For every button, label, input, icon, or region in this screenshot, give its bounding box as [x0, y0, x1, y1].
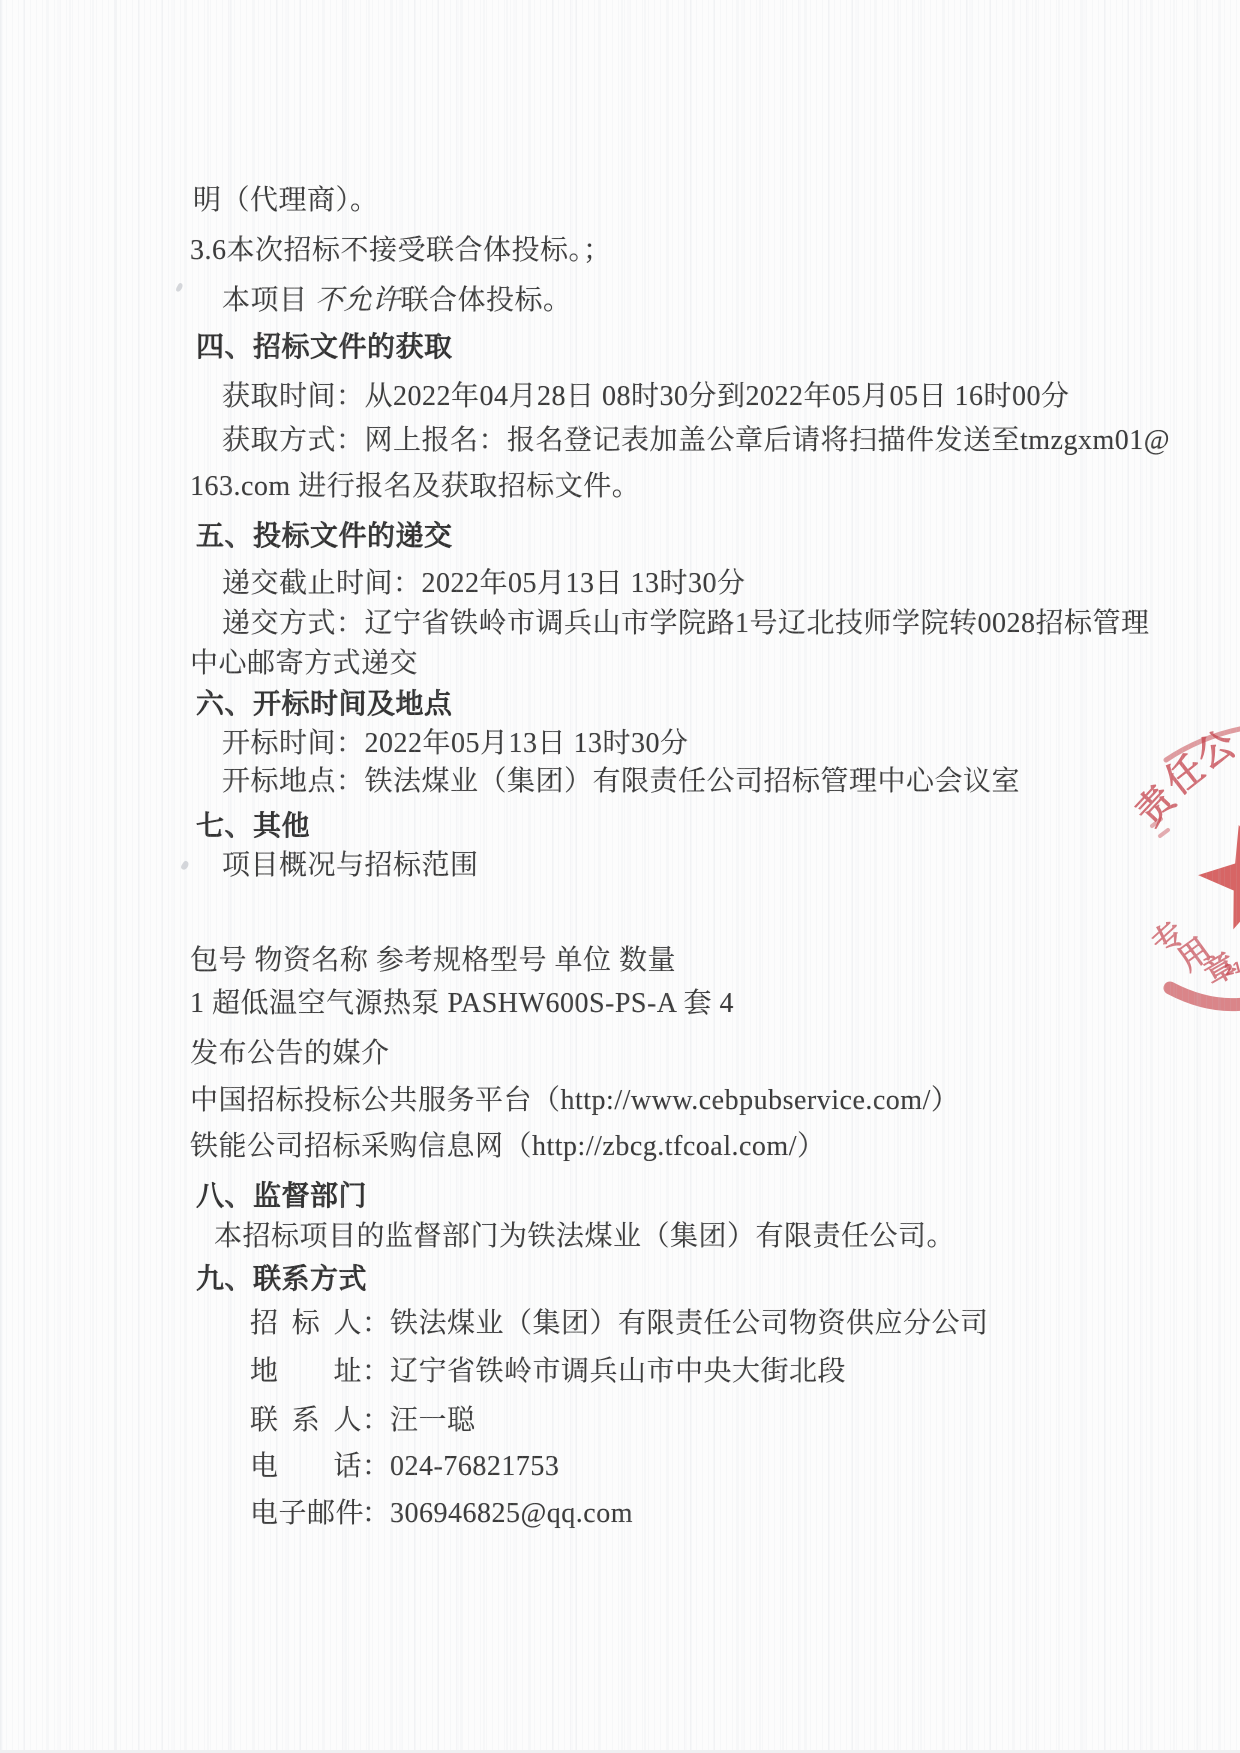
goods-table-row: 1 超低温空气源热泵 PASHW600S-PS-A 套 4	[190, 987, 734, 1021]
supervision-body-line: 本招标项目的监督部门为铁法煤业（集团）有限责任公司。	[214, 1220, 955, 1254]
contact-row-address: 地址：辽宁省铁岭市调兵山市中央大街北段	[250, 1355, 846, 1389]
contact-colon: ：	[362, 1404, 390, 1438]
scanner-stripe-texture	[0, 0, 1240, 1753]
contact-label: 联系人	[250, 1404, 362, 1438]
obtain-method-continuation: 163.com 进行报名及获取招标文件。	[190, 470, 640, 504]
contact-label: 地址	[250, 1355, 362, 1389]
stamp-star-icon	[1188, 811, 1240, 934]
project-rule-emphasis: 不允许	[315, 285, 401, 316]
intro-line-agent: 明（代理商）。	[193, 184, 379, 218]
contact-colon: ：	[362, 1497, 390, 1531]
contact-label: 电子邮件	[250, 1497, 362, 1531]
project-overview-line: 项目概况与招标范围	[222, 849, 479, 883]
media-company-site-line: 铁能公司招标采购信息网（http://zbcg.tfcoal.com/）	[190, 1130, 825, 1164]
contact-value: 辽宁省铁岭市调兵山市中央大街北段	[390, 1356, 846, 1387]
contact-row-tenderer: 招标人：铁法煤业（集团）有限责任公司物资供应分公司	[250, 1307, 989, 1341]
submit-method-continuation: 中心邮寄方式递交	[190, 647, 418, 681]
scan-speck	[175, 282, 184, 292]
section-heading-8: 八、监督部门	[196, 1179, 367, 1213]
opening-time-line: 开标时间：2022年05月13日 13时30分	[222, 727, 689, 761]
goods-table-header: 包号 物资名称 参考规格型号 单位 数量	[190, 944, 676, 978]
contact-label: 招标人	[250, 1307, 362, 1341]
submit-method-line: 递交方式：辽宁省铁岭市调兵山市学院路1号辽北技师学院转0028招标管理	[222, 607, 1150, 641]
section-heading-6: 六、开标时间及地点	[196, 687, 453, 721]
stamp-bottom-smear	[1170, 988, 1240, 1005]
contact-colon: ：	[362, 1450, 390, 1484]
contact-row-phone: 电话：024-76821753	[250, 1450, 559, 1484]
stamp-bottom-char: 章	[1198, 946, 1240, 992]
stamp-arc-char: 任	[1158, 747, 1212, 802]
section-heading-7: 七、其他	[196, 809, 310, 843]
contact-colon: ：	[362, 1355, 390, 1389]
contact-value: 024-76821753	[390, 1451, 559, 1482]
section-heading-5: 五、投标文件的递交	[196, 519, 453, 553]
intro-line-no-consortium: 3.6本次招标不接受联合体投标。；	[190, 234, 612, 268]
scan-speck	[180, 860, 190, 871]
intro-line-project-rule: 本项目 不允许联合体投标。	[222, 284, 572, 318]
opening-place-line: 开标地点：铁法煤业（集团）有限责任公司招标管理中心会议室	[222, 765, 1020, 799]
contact-value: 汪一聪	[390, 1405, 476, 1436]
stamp-faded-strokes	[1152, 819, 1168, 836]
stamp-bottom-char: 用	[1172, 931, 1218, 978]
obtain-method-line: 获取方式：网上报名：报名登记表加盖公章后请将扫描件发送至tmzgxm01@	[222, 424, 1170, 458]
section-heading-4: 四、招标文件的获取	[196, 330, 453, 364]
contact-colon: ：	[362, 1307, 390, 1341]
media-title-line: 发布公告的媒介	[190, 1037, 390, 1071]
contact-row-email: 电子邮件：306946825@qq.com	[250, 1497, 633, 1531]
contact-value: 306946825@qq.com	[390, 1498, 633, 1529]
stamp-arc-char: 责	[1128, 777, 1185, 833]
stamp-arc-char: 公	[1190, 723, 1240, 777]
project-rule-suffix: 联合体投标。	[401, 285, 572, 316]
media-platform-line: 中国招标投标公共服务平台（http://www.cebpubservice.co…	[190, 1084, 959, 1118]
obtain-time-line: 获取时间：从2022年04月28日 08时30分到2022年05月05日 16时…	[222, 380, 1070, 414]
stamp-number: 21	[1223, 959, 1240, 980]
contact-label: 电话	[250, 1450, 362, 1484]
contact-value: 铁法煤业（集团）有限责任公司物资供应分公司	[390, 1308, 989, 1339]
contact-row-person: 联系人：汪一聪	[250, 1404, 476, 1438]
red-seal-stamp: 责 任 公 专 用 章 21	[1040, 660, 1240, 1160]
submit-deadline-line: 递交截止时间：2022年05月13日 13时30分	[222, 567, 746, 601]
stamp-bottom-char: 专	[1145, 914, 1191, 961]
stamp-outer-arc	[1166, 728, 1240, 760]
section-heading-9: 九、联系方式	[196, 1262, 367, 1296]
scanned-document-page: 明（代理商）。 3.6本次招标不接受联合体投标。； 本项目 不允许联合体投标。 …	[0, 0, 1240, 1753]
project-rule-prefix: 本项目	[222, 285, 315, 316]
